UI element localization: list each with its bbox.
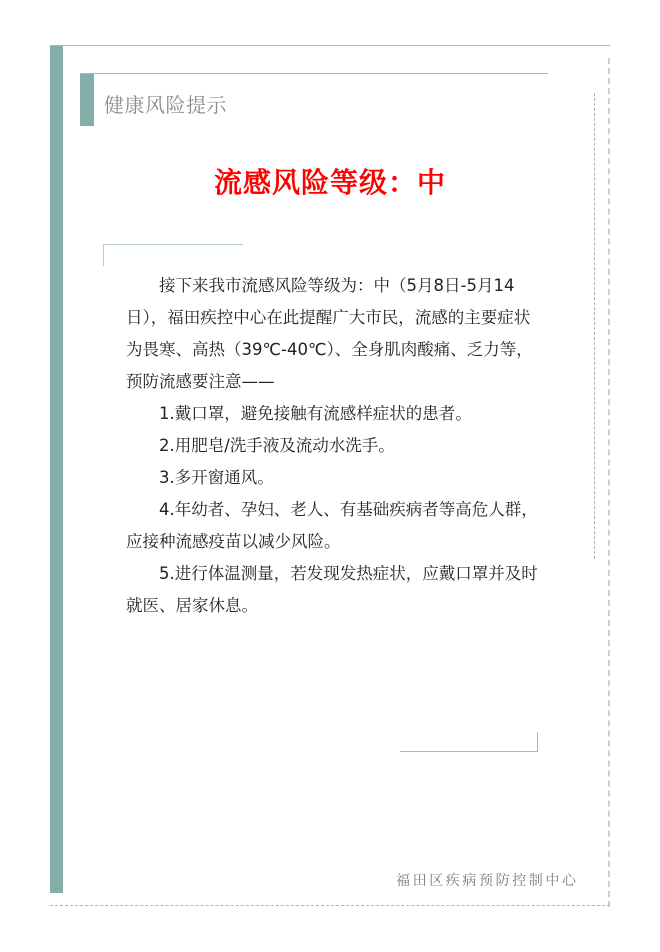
notice-body: 接下来我市流感风险等级为：中（5月8日-5月14日），福田疾控中心在此提醒广大市…	[126, 270, 546, 622]
intro-paragraph: 接下来我市流感风险等级为：中（5月8日-5月14日），福田疾控中心在此提醒广大市…	[126, 270, 546, 398]
corner-bracket-bottom-right-vertical	[537, 732, 538, 752]
precaution-item: 1.戴口罩，避免接触有流感样症状的患者。	[126, 398, 546, 430]
corner-bracket-top-left	[103, 244, 243, 245]
footer-organization: 福田区疾病预防控制中心	[396, 870, 579, 890]
precaution-item: 3.多开窗通风。	[126, 462, 546, 494]
section-title: 健康风险提示	[104, 89, 227, 118]
corner-bracket-bottom-right	[400, 751, 538, 752]
risk-level-title: 流感风险等级：中	[0, 161, 660, 201]
header-underline	[80, 73, 548, 74]
top-border-line	[50, 45, 610, 46]
header-accent-block	[80, 74, 94, 126]
bottom-dashed-border	[50, 905, 610, 906]
corner-bracket-top-left-vertical	[103, 244, 104, 266]
precaution-item: 4.年幼者、孕妇、老人、有基础疾病者等高危人群，应接种流感疫苗以减少风险。	[126, 494, 546, 558]
precaution-item: 2.用肥皂/洗手液及流动水洗手。	[126, 430, 546, 462]
precaution-item: 5.进行体温测量，若发现发热症状，应戴口罩并及时就医、居家休息。	[126, 558, 546, 622]
